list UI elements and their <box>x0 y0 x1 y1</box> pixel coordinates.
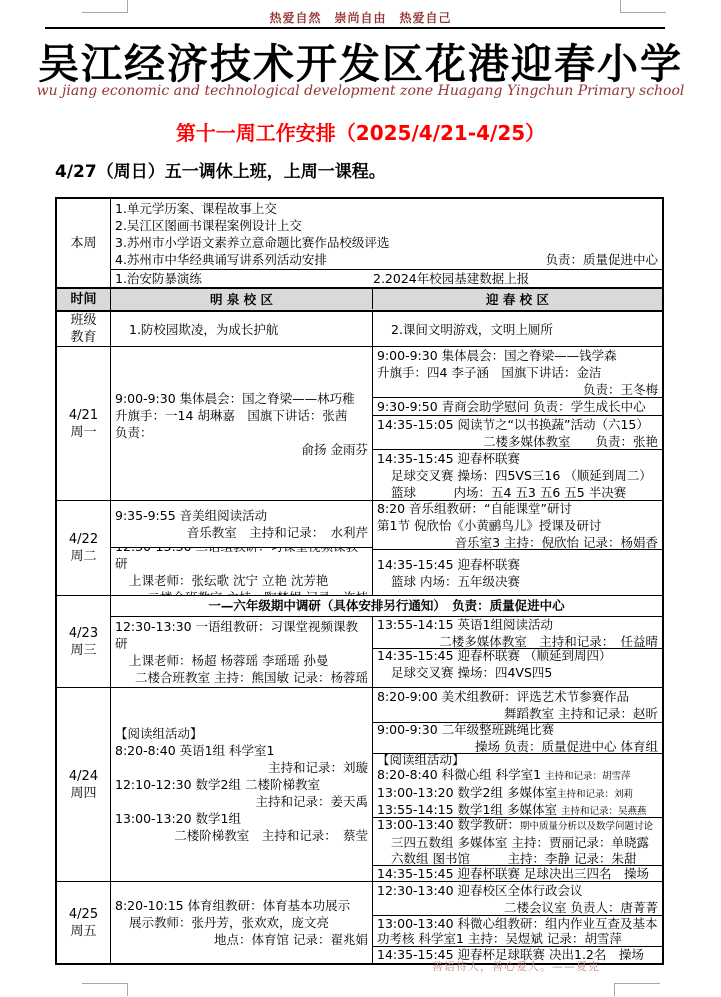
week-row-label: 本周 <box>57 199 111 287</box>
schedule-line: 9:00-9:30 集体晨会：国之脊梁——钱学森 <box>377 347 658 364</box>
day-row-4-21: 4/21 周一 9:00-9:30 集体晨会：国之脊梁——林巧稚 升旗手：一14… <box>57 346 662 500</box>
schedule-line: 第1节 倪欣怡《小黄鹂鸟儿》授课及研讨 <box>377 517 658 534</box>
document-page: 热爱自然 崇尚自由 热爱自己 吴江经济技术开发区花港迎春小学 wu jiang … <box>0 0 721 997</box>
day-date: 4/25 <box>69 906 98 923</box>
yingchun-subcell: 14:35-15:45 迎春杯联赛 足球决出三四名 操场 <box>373 865 662 881</box>
schedule-line: 13:55-14:15 数学1组 多媒体室 主持和记录：吴燕燕 <box>377 802 658 817</box>
schedule-line: 9:35-9:55 音美组阅读活动 <box>115 507 368 524</box>
mingquan-cell: 【阅读组活动】 8:20-8:40 英语1组 科学室1 主持和记录：刘璇 12:… <box>111 688 373 881</box>
day-date: 4/23 <box>69 625 98 642</box>
day-label: 4/21 周一 <box>57 347 111 500</box>
mingquan-cell: 9:35-9:55 音美组阅读活动 音乐教室 主持和记录： 水利芹 12:30-… <box>111 501 373 595</box>
schedule-line-main: 13:00-13:20 数学2组 多媒体室 <box>377 785 557 800</box>
yingchun-subcell: 14:35-15:05 阅读节之“以书换蔬”活动（六15） 二楼多媒体教室 负责… <box>373 415 662 449</box>
day-row-4-23: 4/23 周三 一—六年级期中调研（具体安排另行通知） 负责：质量促进中心 12… <box>57 595 662 687</box>
week-item: 2.吴江区图画书课程案例设计上交 <box>115 217 658 234</box>
yingchun-cell: 2.课间文明游戏，文明上厕所 <box>373 312 662 346</box>
schedule-line: 12:10-12:30 数学2组 二楼阶梯教室 <box>115 776 368 793</box>
schedule-line: 13:00-13:40 数学教研：期中质量分析以及数学问题讨论 <box>377 817 658 835</box>
day-date: 4/24 <box>69 768 98 785</box>
yingchun-cell: 12:30-13:40 迎春校区全体行政会议 二楼会议室 负责人：唐菁菁 13:… <box>373 882 662 963</box>
mingquan-cell: 8:20-10:15 体育组教研：体育基本功展示 展示教师：张丹芳，张欢欢，庞文… <box>111 882 373 963</box>
day-label: 4/23 周三 <box>57 596 111 687</box>
day-date: 4/21 <box>69 407 98 424</box>
schedule-line: 负责：王冬梅 <box>377 381 658 398</box>
schedule-line-note: 主持和记录：吴燕燕 <box>561 806 647 817</box>
day-weekday: 周一 <box>70 424 96 441</box>
campus-header-row: 时间 明 泉 校 区 迎 春 校 区 <box>57 287 662 312</box>
yingchun-subcell: 13:55-14:15 英语1组阅读活动 二楼多媒体教室 主持和记录： 任益晴 <box>373 617 662 648</box>
schedule-line: 升旗手：四4 李子涵 国旗下讲话：金洁 <box>377 364 658 381</box>
schedule-line-main: 13:00-13:40 数学教研： <box>377 817 520 832</box>
schedule-line: 14:35-15:45 迎春杯联赛 （顺延到周四） <box>377 648 658 664</box>
mingquan-subcell: 12:30-13:30 二语组教研：习课堂视频课教研 上课老师：张纭歌 沈宁 立… <box>111 547 372 595</box>
campus-mingquan-header: 明 泉 校 区 <box>111 289 373 309</box>
week-content-cell: 1.单元学历案、课程故事上交 2.吴江区图画书课程案例设计上交 3.苏州市小学语… <box>111 199 662 287</box>
mingquan-subcell: 9:35-9:55 音美组阅读活动 音乐教室 主持和记录： 水利芹 <box>111 501 372 547</box>
schedule-line: 14:35-15:05 阅读节之“以书换蔬”活动（六15） <box>377 416 658 433</box>
schedule-line-main: 8:20-8:40 科微心组 科学室1 <box>377 767 545 782</box>
schedule-line: 13:55-14:15 英语1组阅读活动 <box>377 617 658 633</box>
schedule-line: 主持和记录：姜天禹 <box>115 793 368 810</box>
day-label: 4/24 周四 <box>57 688 111 881</box>
mingquan-cell: 9:00-9:30 集体晨会：国之脊梁——林巧稚 升旗手：一14 胡琳嘉 国旗下… <box>111 347 373 500</box>
schedule-line: 足球交叉赛 操场：四5VS三16 （顺延到周二） <box>377 467 658 484</box>
mingquan-cell: 12:30-13:30 一语组教研：习课堂视频课教研 上课老师：杨超 杨蓉瑶 李… <box>111 617 373 687</box>
yingchun-subcell: 8:20 音乐组教研：“自能课堂”研讨 第1节 倪欣怡《小黄鹂鸟儿》授课及研讨 … <box>373 501 662 549</box>
schedule-line: 13:00-13:20 数学2组 多媒体室主持和记录：刘莉 <box>377 785 658 803</box>
day-row-4-24: 4/24 周四 【阅读组活动】 8:20-8:40 英语1组 科学室1 主持和记… <box>57 687 662 881</box>
week-item: 4.苏州市中华经典诵写讲系列活动安排 <box>115 251 327 268</box>
page-corner-mark <box>614 983 660 996</box>
yingchun-cell: 9:00-9:30 集体晨会：国之脊梁——钱学森 升旗手：四4 李子涵 国旗下讲… <box>373 347 662 500</box>
schedule-line: 12:30-13:40 迎春校区全体行政会议 <box>377 882 658 899</box>
schedule-line: 9:00-9:30 集体晨会：国之脊梁——林巧稚 升旗手：一14 胡琳嘉 国旗下… <box>115 390 368 441</box>
schedule-line: 操场 负责：质量促进中心 体育组 <box>377 738 658 753</box>
midterm-banner: 一—六年级期中调研（具体安排另行通知） 负责：质量促进中心 <box>111 596 662 617</box>
schedule-line: 1.防校园欺凌，为成长护航 <box>115 321 368 338</box>
schedule-line: 篮球 内场：五4 五3 五6 五5 半决赛 <box>377 484 658 501</box>
week-extra-row: 1.治安防暴演练 2.2024年校园基建数据上报 <box>111 269 662 287</box>
school-name-en: wu jiang economic and technological deve… <box>0 83 721 99</box>
class-education-label-line: 教育 <box>70 329 96 346</box>
yingchun-subcell: 【阅读组活动】 8:20-8:40 科微心组 科学室1 主持和记录：胡雪萍 13… <box>373 753 662 817</box>
week-row: 本周 1.单元学历案、课程故事上交 2.吴江区图画书课程案例设计上交 3.苏州市… <box>57 199 662 287</box>
schedule-line: 14:35-15:45 迎春杯联赛 <box>377 450 658 467</box>
yingchun-subcell: 9:00-9:30 集体晨会：国之脊梁——钱学森 升旗手：四4 李子涵 国旗下讲… <box>373 347 662 397</box>
day-weekday: 周五 <box>70 923 96 940</box>
week-label-text: 本周 <box>70 235 96 252</box>
schedule-line: 二楼多媒体教室 负责：张艳 <box>377 433 658 450</box>
yingchun-cell: 8:20 音乐组教研：“自能课堂”研讨 第1节 倪欣怡《小黄鹂鸟儿》授课及研讨 … <box>373 501 662 595</box>
footer-quote: 善语待人，善心爱人。——夏克 <box>0 958 600 974</box>
week-item: 1.单元学历案、课程故事上交 <box>115 200 658 217</box>
schedule-line: 2.课间文明游戏，文明上厕所 <box>377 321 658 338</box>
schedule-line: 8:20-10:15 体育组教研：体育基本功展示 <box>115 897 368 914</box>
schedule-line: 14:35-15:45 迎春杯联赛 足球决出三四名 操场 <box>377 866 658 881</box>
school-name-cn: 吴江经济技术开发区花港迎春小学 <box>0 31 721 90</box>
schedule-line: 俞扬 金雨芬 <box>115 441 368 458</box>
schedule-line: 音乐教室 主持和记录： 水利芹 <box>115 524 368 541</box>
class-education-row: 班级 教育 1.防校园欺凌，为成长护航 2.课间文明游戏，文明上厕所 <box>57 312 662 346</box>
day-row-4-25: 4/25 周五 8:20-10:15 体育组教研：体育基本功展示 展示教师：张丹… <box>57 881 662 963</box>
schedule-line: 【阅读组活动】 <box>377 753 658 767</box>
schedule-line: 二楼阶梯教室 主持和记录： 蔡莹 <box>115 827 368 844</box>
schedule-line: 8:20-8:40 英语1组 科学室1 <box>115 742 368 759</box>
schedule-line: 上课老师：张纭歌 沈宁 立艳 沈芳艳 <box>115 572 368 589</box>
schedule-line: 13:00-13:20 数学1组 <box>115 810 368 827</box>
yingchun-subcell: 13:00-13:40 数学教研：期中质量分析以及数学问题讨论 三四五数组 多媒… <box>373 817 662 865</box>
mingquan-cell: 1.防校园欺凌，为成长护航 <box>111 312 373 346</box>
yingchun-subcell: 8:20-9:00 美术组教研：评选艺术节参赛作品 舞蹈教室 主持和记录：赵昕 <box>373 688 662 722</box>
holiday-notice: 4/27（周日）五一调休上班，上周一课程。 <box>55 157 386 182</box>
schedule-line: 二楼合班教室 主持：熊国敏 记录：杨蓉瑶 <box>115 669 368 686</box>
page-corner-mark <box>82 983 128 996</box>
schedule-line: 13:00-13:40 科微心组教研：组内作业互查及基本功考核 科学室1 主持：… <box>377 916 658 947</box>
day-body: 一—六年级期中调研（具体安排另行通知） 负责：质量促进中心 12:30-13:3… <box>111 596 662 687</box>
schedule-line: 【阅读组活动】 <box>115 725 368 742</box>
day-label: 4/22 周二 <box>57 501 111 595</box>
week-item: 3.苏州市小学语文素养立意命题比赛作品校级评选 <box>115 234 658 251</box>
schedule-line: 展示教师：张丹芳，张欢欢，庞文亮 <box>115 914 368 931</box>
yingchun-subcell: 14:35-15:45 迎春杯联赛 足球交叉赛 操场：四5VS三16 （顺延到周… <box>373 449 662 500</box>
week-extra-left: 1.治安防暴演练 <box>115 270 373 287</box>
schedule-line: 二楼多媒体教室 主持和记录： 任益晴 <box>377 633 658 649</box>
school-motto: 热爱自然 崇尚自由 热爱自己 <box>0 9 721 26</box>
schedule-line: 音乐室3 主持：倪欣怡 记录：杨娟香 <box>377 534 658 550</box>
page-title: 第十一周工作安排（2025/4/21-4/25） <box>0 117 721 146</box>
schedule-line: 地点：体育馆 记录：翟兆娟 <box>115 931 368 948</box>
yingchun-cell: 13:55-14:15 英语1组阅读活动 二楼多媒体教室 主持和记录： 任益晴 … <box>373 617 662 687</box>
day-date: 4/22 <box>69 531 98 548</box>
week-extra-right: 2.2024年校园基建数据上报 <box>373 270 658 287</box>
schedule-line: 二楼会议室 负责人：唐菁菁 <box>377 899 658 916</box>
schedule-line-note: 主持和记录：刘莉 <box>557 789 633 800</box>
schedule-line: 篮球 内场：五年级决赛 <box>377 573 658 590</box>
schedule-line: 12:30-13:30 二语组教研：习课堂视频课教研 <box>115 547 368 572</box>
schedule-line: 上课老师：杨超 杨蓉瑶 李瑶瑶 孙曼 <box>115 652 368 669</box>
campus-yingchun-header: 迎 春 校 区 <box>373 289 662 309</box>
schedule-line: 14:35-15:45 迎春杯联赛 <box>377 556 658 573</box>
day-weekday: 周二 <box>70 548 96 565</box>
schedule-line: 二楼合班教室 主持：陶梦娟 记录：许楠 <box>115 589 368 596</box>
day-label: 4/25 周五 <box>57 882 111 963</box>
schedule-line: 8:20-8:40 科微心组 科学室1 主持和记录：胡雪萍 <box>377 767 658 785</box>
day-row-4-22: 4/22 周二 9:35-9:55 音美组阅读活动 音乐教室 主持和记录： 水利… <box>57 500 662 595</box>
header-rule <box>45 27 665 29</box>
yingchun-cell: 8:20-9:00 美术组教研：评选艺术节参赛作品 舞蹈教室 主持和记录：赵昕 … <box>373 688 662 881</box>
week-duty: 负责：质量促进中心 <box>545 251 658 268</box>
yingchun-subcell: 14:35-15:45 迎春杯联赛 （顺延到周四） 足球交叉赛 操场：四4VS四… <box>373 648 662 679</box>
schedule-line-note: 主持和记录：胡雪萍 <box>545 771 631 782</box>
yingchun-subcell: 13:00-13:40 科微心组教研：组内作业互查及基本功考核 科学室1 主持：… <box>373 915 662 946</box>
day-weekday: 周三 <box>70 642 96 659</box>
schedule-line: 8:20 音乐组教研：“自能课堂”研讨 <box>377 501 658 517</box>
yingchun-subcell: 14:35-15:45 迎春杯联赛 篮球 内场：五年级决赛 <box>373 549 662 595</box>
yingchun-subcell: 12:30-13:40 迎春校区全体行政会议 二楼会议室 负责人：唐菁菁 <box>373 882 662 915</box>
time-header-cell: 时间 <box>57 289 111 310</box>
schedule-line: 三四五数组 多媒体室 主持：贾丽记录：单晓露 <box>377 835 658 851</box>
schedule-line: 足球交叉赛 操场：四4VS四5 <box>377 664 658 679</box>
class-education-label: 班级 教育 <box>57 312 111 346</box>
class-education-label-line: 班级 <box>70 312 96 329</box>
week-item-with-duty: 4.苏州市中华经典诵写讲系列活动安排 负责：质量促进中心 <box>115 251 658 268</box>
campus-split: 12:30-13:30 一语组教研：习课堂视频课教研 上课老师：杨超 杨蓉瑶 李… <box>111 617 662 687</box>
week-items: 1.单元学历案、课程故事上交 2.吴江区图画书课程案例设计上交 3.苏州市小学语… <box>111 199 662 269</box>
schedule-line-main: 13:55-14:15 数学1组 多媒体室 <box>377 802 561 817</box>
schedule-line: 12:30-13:30 一语组教研：习课堂视频课教研 <box>115 618 368 652</box>
schedule-table: 本周 1.单元学历案、课程故事上交 2.吴江区图画书课程案例设计上交 3.苏州市… <box>55 197 664 965</box>
schedule-line-note: 期中质量分析以及数学问题讨论 <box>520 821 653 832</box>
schedule-line: 9:30-9:50 青商会助学慰问 负责：学生成长中心 <box>377 398 658 415</box>
schedule-line: 舞蹈教室 主持和记录：赵昕 <box>377 705 658 722</box>
day-weekday: 周四 <box>70 785 96 802</box>
schedule-line: 8:20-9:00 美术组教研：评选艺术节参赛作品 <box>377 688 658 705</box>
schedule-line: 主持和记录：刘璇 <box>115 759 368 776</box>
schedule-line: 六数组 图书馆 主持：李静 记录：朱甜 <box>377 851 658 866</box>
yingchun-subcell: 9:00-9:30 二年级整班跳绳比赛 操场 负责：质量促进中心 体育组 <box>373 722 662 753</box>
yingchun-subcell: 9:30-9:50 青商会助学慰问 负责：学生成长中心 <box>373 397 662 415</box>
schedule-line: 9:00-9:30 二年级整班跳绳比赛 <box>377 722 658 738</box>
